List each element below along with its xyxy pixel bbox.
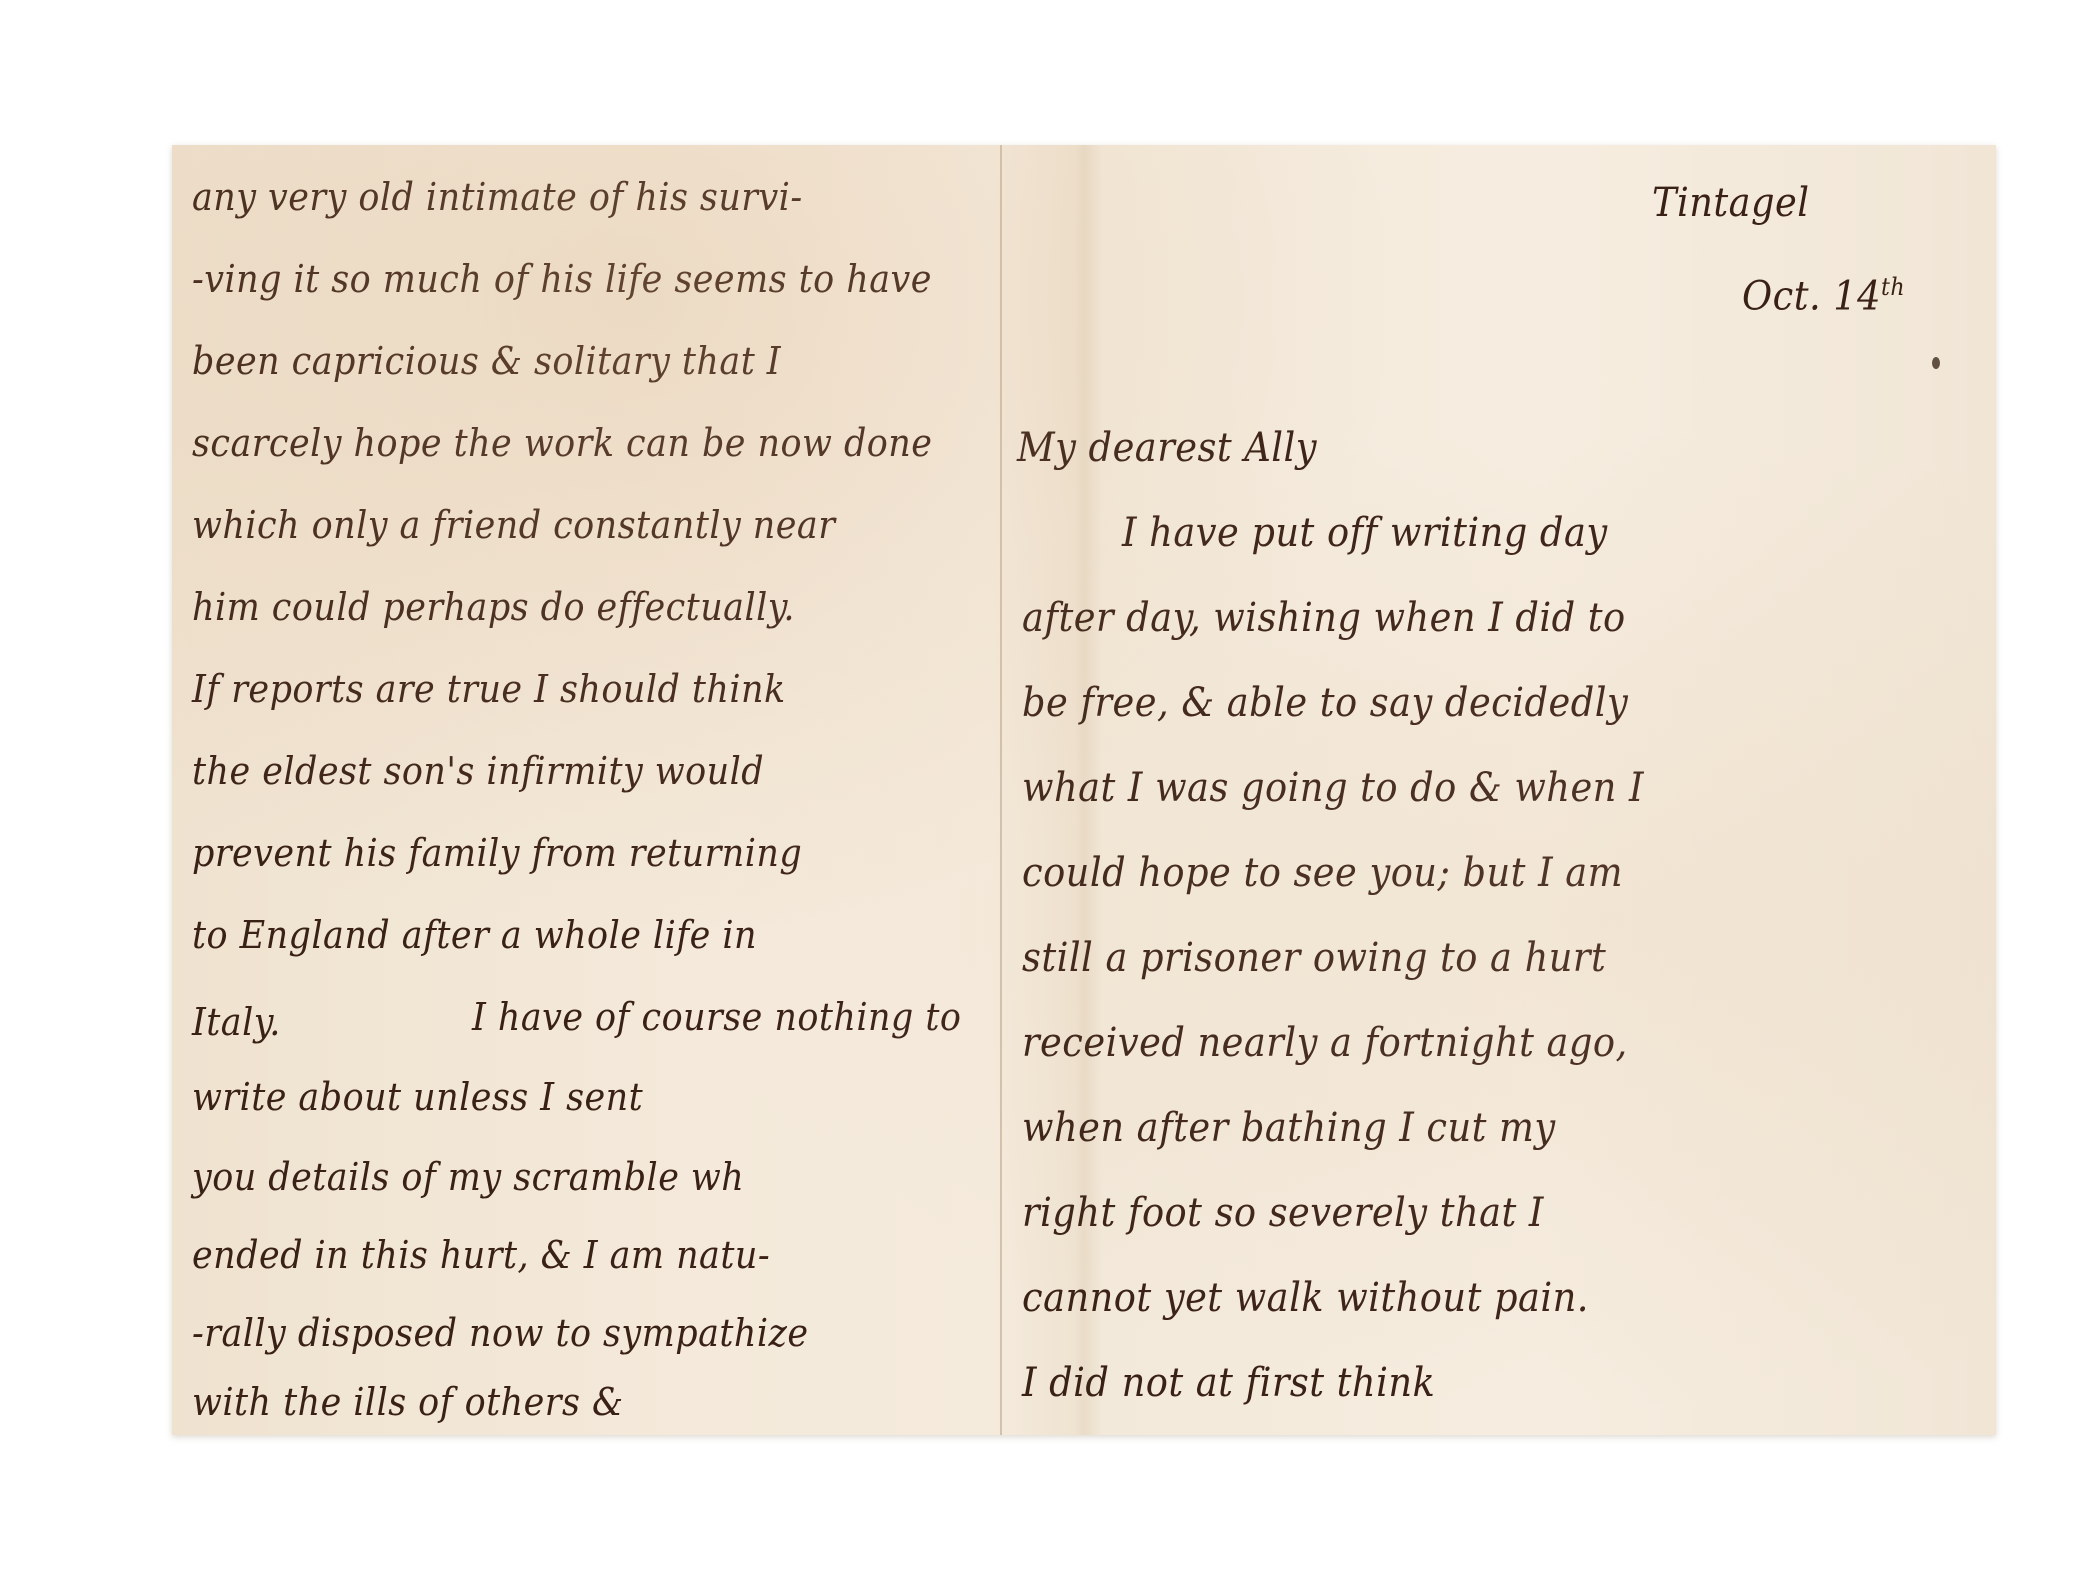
letter-place: Tintagel — [1652, 180, 1810, 226]
letter-line: If reports are true I should think — [192, 667, 786, 711]
letter-line: I have of course nothing to — [472, 995, 961, 1039]
letter-line: received nearly a fortnight ago, — [1022, 1020, 1628, 1066]
letter-line: right foot so severely that I — [1022, 1190, 1544, 1236]
letter-date-suffix: th — [1881, 273, 1905, 301]
letter-line: when after bathing I cut my — [1022, 1105, 1556, 1151]
letter-date-text: Oct. 14 — [1742, 273, 1881, 319]
letter-line: I did not at first think — [1022, 1360, 1435, 1406]
letter-line: what I was going to do & when I — [1022, 765, 1644, 811]
letter-line: could hope to see you; but I am — [1022, 850, 1623, 896]
letter-line: prevent his family from returning — [192, 831, 802, 875]
letter-line: -ving it so much of his life seems to ha… — [192, 257, 932, 301]
letter-salutation: My dearest Ally — [1017, 425, 1317, 471]
letter-line: any very old intimate of his survi- — [192, 175, 803, 219]
letter-line: ended in this hurt, & I am natu- — [192, 1233, 770, 1277]
letter-line: you details of my scramble wh — [192, 1155, 744, 1199]
letter-line: after day, wishing when I did to — [1022, 595, 1626, 641]
letter-line: cannot yet walk without pain. — [1022, 1275, 1589, 1321]
letter-line: which only a friend constantly near — [192, 503, 835, 547]
letter-line: been capricious & solitary that I — [192, 339, 781, 383]
letter-line: I have put off writing day — [1122, 510, 1608, 556]
left-page: any very old intimate of his survi--ving… — [172, 145, 1000, 1435]
letter-line: to England after a whole life in — [192, 913, 757, 957]
letter-line: be free, & able to say decidedly — [1022, 680, 1628, 726]
letter-line: him could perhaps do effectually. — [192, 585, 795, 629]
letter-line: scarcely hope the work can be now done — [192, 421, 932, 465]
letter-sheet: any very old intimate of his survi--ving… — [172, 145, 1996, 1435]
letter-line: with the ills of others & — [192, 1380, 624, 1424]
letter-line: write about unless I sent — [192, 1075, 643, 1119]
letter-line: -rally disposed now to sympathize — [192, 1311, 809, 1355]
letter-date: Oct. 14th — [1742, 273, 1905, 319]
letter-line: Italy. — [192, 1000, 281, 1044]
letter-line: still a prisoner owing to a hurt — [1022, 935, 1606, 981]
right-page: Tintagel Oct. 14th My dearest Ally I hav… — [1002, 145, 1996, 1435]
letter-line: the eldest son's infirmity would — [192, 749, 764, 793]
ink-spot — [1932, 357, 1940, 369]
